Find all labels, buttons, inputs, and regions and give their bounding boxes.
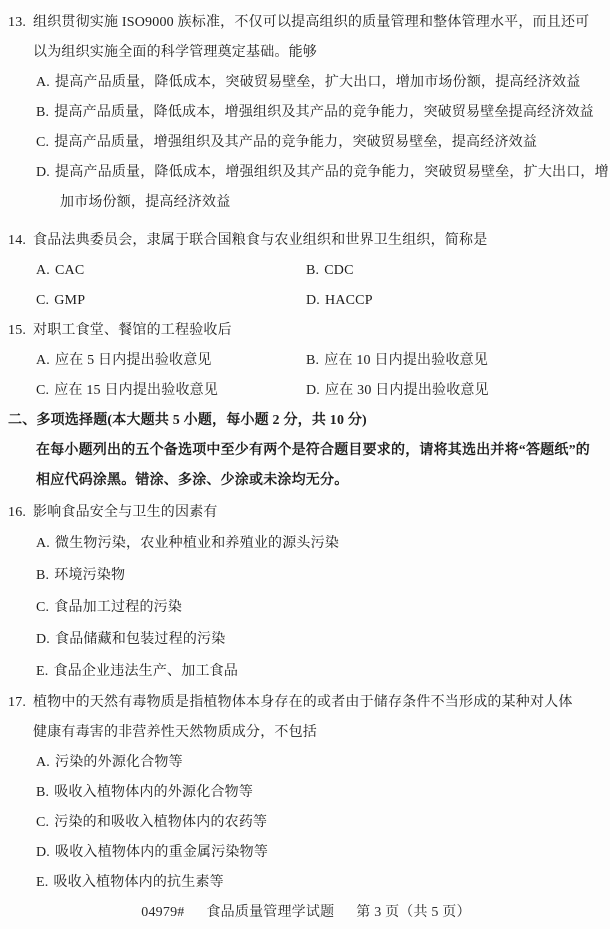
question-17-option-c: C.污染的和吸收入植物体内的农药等	[8, 808, 604, 838]
option-text: 提高产品质量，降低成本，增强组织及其产品的竞争能力，突破贸易壁垒提高经济效益	[54, 105, 594, 120]
question-17-option-d: D.吸收入植物体内的重金属污染物等	[8, 838, 604, 868]
question-16-stem: 16.影响食品安全与卫生的因素有	[8, 498, 604, 528]
option-label: A.	[36, 263, 50, 278]
option-label: D.	[306, 383, 320, 398]
question-13-number: 13.	[8, 8, 33, 38]
question-17-option-e: E.吸收入植物体内的抗生素等	[8, 868, 604, 898]
option-text: GMP	[54, 293, 85, 308]
option-label: C.	[36, 815, 49, 830]
option-label: A.	[36, 755, 50, 770]
question-14-option-row-1: A.CAC B.CDC	[8, 256, 604, 286]
option-text: CAC	[55, 263, 84, 278]
question-17-stem-line-2: 健康有毒害的非营养性天然物质成分，不包括	[8, 718, 604, 748]
question-17-stem-text: 植物中的天然有毒物质是指植物体本身存在的或者由于储存条件不当形成的某种对人体	[33, 695, 573, 710]
question-16-stem-text: 影响食品安全与卫生的因素有	[33, 505, 218, 520]
option-text: 提高产品质量，增强组织及其产品的竞争能力，突破贸易壁垒，提高经济效益	[54, 135, 537, 150]
question-15-number: 15.	[8, 316, 33, 346]
option-label: B.	[306, 263, 319, 278]
option-text: 食品储藏和包装过程的污染	[55, 632, 225, 647]
paper-code: 04979#	[141, 905, 184, 920]
question-16-option-a: A.微生物污染，农业种植业和养殖业的源头污染	[8, 528, 604, 560]
option-label: B.	[36, 568, 49, 583]
question-13-option-d-line-2: 加市场份额，提高经济效益	[8, 188, 604, 218]
option-text: CDC	[324, 263, 353, 278]
question-15-stem: 15.对职工食堂、餐馆的工程验收后	[8, 316, 604, 346]
option-text: 提高产品质量，降低成本，增强组织及其产品的竞争能力，突破贸易壁垒，扩大出口，增	[55, 165, 609, 180]
option-text: 环境污染物	[54, 568, 125, 583]
question-15-stem-text: 对职工食堂、餐馆的工程验收后	[33, 323, 232, 338]
question-17-option-a: A.污染的外源化合物等	[8, 748, 604, 778]
option-text: 污染的和吸收入植物体内的农药等	[54, 815, 267, 830]
option-label: A.	[36, 536, 50, 551]
question-14-option-d: D.HACCP	[306, 286, 373, 316]
option-label: D.	[36, 165, 50, 180]
option-text: 应在 10 日内提出验收意见	[324, 353, 488, 368]
option-label: A.	[36, 353, 50, 368]
option-text: 食品企业违法生产、加工食品	[53, 664, 238, 679]
question-14-option-a: A.CAC	[8, 256, 306, 286]
option-label: B.	[306, 353, 319, 368]
option-text: 吸收入植物体内的重金属污染物等	[55, 845, 268, 860]
option-label: B.	[36, 105, 49, 120]
option-text: 吸收入植物体内的抗生素等	[53, 875, 223, 890]
option-text: 提高产品质量，降低成本，突破贸易壁垒，扩大出口，增加市场份额，提高经济效益	[55, 75, 580, 90]
question-15-option-row-2: C.应在 15 日内提出验收意见 D.应在 30 日内提出验收意见	[8, 376, 604, 406]
option-label: C.	[36, 293, 49, 308]
question-15-option-b: B.应在 10 日内提出验收意见	[306, 346, 488, 376]
question-14-number: 14.	[8, 226, 33, 256]
section-2-instruction-line-1: 在每小题列出的五个备选项中至少有两个是符合题目要求的，请将其选出并将“答题纸”的	[8, 436, 604, 466]
question-15-option-a: A.应在 5 日内提出验收意见	[8, 346, 306, 376]
question-13-option-a: A.提高产品质量，降低成本，突破贸易壁垒，扩大出口，增加市场份额，提高经济效益	[8, 68, 604, 98]
question-13-stem-text: 组织贯彻实施 ISO9000 族标准，不仅可以提高组织的质量管理和整体管理水平，…	[33, 15, 589, 30]
option-text: 应在 15 日内提出验收意见	[54, 383, 218, 398]
question-13-option-d-line-1: D.提高产品质量，降低成本，增强组织及其产品的竞争能力，突破贸易壁垒，扩大出口，…	[8, 158, 604, 188]
option-label: E.	[36, 664, 48, 679]
question-14-option-c: C.GMP	[8, 286, 306, 316]
option-text: HACCP	[325, 293, 373, 308]
option-label: D.	[306, 293, 320, 308]
question-16-option-e: E.食品企业违法生产、加工食品	[8, 656, 604, 688]
question-14-stem: 14.食品法典委员会，隶属于联合国粮食与农业组织和世界卫生组织，简称是	[8, 226, 604, 256]
question-15-option-row-1: A.应在 5 日内提出验收意见 B.应在 10 日内提出验收意见	[8, 346, 604, 376]
option-text: 微生物污染，农业种植业和养殖业的源头污染	[55, 536, 339, 551]
option-label: B.	[36, 785, 49, 800]
page-footer: 04979#食品质量管理学试题第 3 页（共 5 页）	[8, 898, 604, 928]
option-text: 应在 5 日内提出验收意见	[55, 353, 212, 368]
option-text: 吸收入植物体内的外源化合物等	[54, 785, 253, 800]
option-label: C.	[36, 383, 49, 398]
question-15-option-d: D.应在 30 日内提出验收意见	[306, 376, 489, 406]
question-14-stem-text: 食品法典委员会，隶属于联合国粮食与农业组织和世界卫生组织，简称是	[33, 233, 487, 248]
option-label: C.	[36, 135, 49, 150]
section-2-heading: 二、多项选择题(本大题共 5 小题，每小题 2 分，共 10 分)	[8, 406, 604, 436]
page-indicator: 第 3 页（共 5 页）	[356, 905, 470, 920]
paper-title: 食品质量管理学试题	[206, 905, 334, 920]
option-label: D.	[36, 845, 50, 860]
question-14-option-row-2: C.GMP D.HACCP	[8, 286, 604, 316]
question-17-option-b: B.吸收入植物体内的外源化合物等	[8, 778, 604, 808]
question-16-option-c: C.食品加工过程的污染	[8, 592, 604, 624]
question-17-number: 17.	[8, 688, 33, 718]
question-13-option-b: B.提高产品质量，降低成本，增强组织及其产品的竞争能力，突破贸易壁垒提高经济效益	[8, 98, 604, 128]
question-16-option-b: B.环境污染物	[8, 560, 604, 592]
question-16-option-d: D.食品储藏和包装过程的污染	[8, 624, 604, 656]
question-14-option-b: B.CDC	[306, 256, 354, 286]
question-13-stem-line-1: 13.组织贯彻实施 ISO9000 族标准，不仅可以提高组织的质量管理和整体管理…	[8, 8, 604, 38]
question-13-stem-line-2: 以为组织实施全面的科学管理奠定基础。能够	[8, 38, 604, 68]
option-label: A.	[36, 75, 50, 90]
question-15-option-c: C.应在 15 日内提出验收意见	[8, 376, 306, 406]
option-label: E.	[36, 875, 48, 890]
question-17-stem-line-1: 17.植物中的天然有毒物质是指植物体本身存在的或者由于储存条件不当形成的某种对人…	[8, 688, 604, 718]
option-text: 应在 30 日内提出验收意见	[325, 383, 489, 398]
question-16-number: 16.	[8, 498, 33, 528]
section-2-instruction-line-2: 相应代码涂黑。错涂、多涂、少涂或未涂均无分。	[8, 466, 604, 496]
exam-page: 13.组织贯彻实施 ISO9000 族标准，不仅可以提高组织的质量管理和整体管理…	[0, 0, 610, 929]
option-text: 污染的外源化合物等	[55, 755, 183, 770]
option-label: C.	[36, 600, 49, 615]
question-13-option-c: C.提高产品质量，增强组织及其产品的竞争能力，突破贸易壁垒，提高经济效益	[8, 128, 604, 158]
option-label: D.	[36, 632, 50, 647]
option-text: 食品加工过程的污染	[54, 600, 182, 615]
